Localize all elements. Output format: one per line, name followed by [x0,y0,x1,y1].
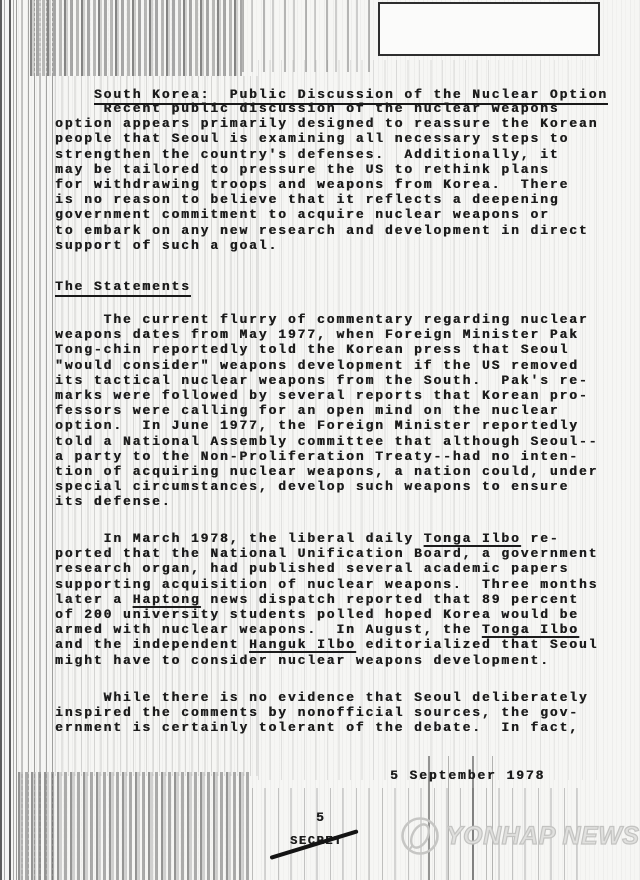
paragraph: While there is no evidence that Seoul de… [55,690,589,736]
document-date: 5 September 1978 [390,768,545,783]
section-heading: The Statements [55,279,191,297]
document-line: special circumstances, develop such weap… [55,479,598,494]
scan-noise-band [30,0,242,76]
document-line: supporting acquisition of nuclear weapon… [55,577,598,592]
document-line: inspired the comments by nonofficial sou… [55,705,589,720]
document-line: may be tailored to pressure the US to re… [55,162,598,177]
document-line: a party to the Non-Proliferation Treaty-… [55,449,598,464]
news-agency-watermark: YONHAP NEWS [400,814,639,858]
document-line: ported that the National Unification Boa… [55,546,598,561]
document-line: While there is no evidence that Seoul de… [55,690,589,705]
document-line: of 200 university students polled hoped … [55,607,598,622]
document-line: people that Seoul is examining all neces… [55,131,598,146]
watermark-text: YONHAP NEWS [446,822,639,851]
document-line: The current flurry of commentary regardi… [55,312,598,327]
scan-noise-band [242,0,377,72]
document-line: Recent public discussion of the nuclear … [55,101,598,116]
document-line: option appears primarily designed to rea… [55,116,598,131]
document-line: "would consider" weapons development if … [55,358,598,373]
scan-noise-band [18,772,250,880]
document-line: weapons dates from May 1977, when Foreig… [55,327,598,342]
document-line: to embark on any new research and develo… [55,223,598,238]
yonhap-circle-logo-icon [400,814,440,858]
document-line: for withdrawing troops and weapons from … [55,177,598,192]
document-line: its tactical nuclear weapons from the So… [55,373,598,388]
document-line: research organ, had published several ac… [55,561,598,576]
document-line: government commitment to acquire nuclear… [55,207,598,222]
document-line: tion of acquiring nuclear weapons, a nat… [55,464,598,479]
paragraph: The current flurry of commentary regardi… [55,312,598,509]
redaction-box [378,2,600,56]
scan-noise-band [16,0,56,880]
page-number: 5 [316,810,325,825]
document-line: later a Haptong news dispatch reported t… [55,592,598,607]
document-line: support of such a goal. [55,238,598,253]
document-line: option. In June 1977, the Foreign Minist… [55,418,598,433]
scan-noise-band [0,0,16,880]
document-line: told a National Assembly committee that … [55,434,598,449]
paragraph: In March 1978, the liberal daily Tonga I… [55,531,598,668]
document-line: marks were followed by several reports t… [55,388,598,403]
document-line: is no reason to believe that it reflects… [55,192,598,207]
document-line: Tong-chin reportedly told the Korean pre… [55,342,598,357]
scanned-document-page: South Korea: Public Discussion of the Nu… [0,0,640,880]
document-line: In March 1978, the liberal daily Tonga I… [55,531,598,546]
document-line: strengthen the country's defenses. Addit… [55,147,598,162]
document-line: its defense. [55,494,598,509]
document-line: might have to consider nuclear weapons d… [55,653,598,668]
document-line: armed with nuclear weapons. In August, t… [55,622,598,637]
document-line: and the independent Hanguk Ilbo editoria… [55,637,598,652]
paragraph: Recent public discussion of the nuclear … [55,101,598,253]
document-line: fessors were calling for an open mind on… [55,403,598,418]
document-line: ernment is certainly tolerant of the deb… [55,720,589,735]
